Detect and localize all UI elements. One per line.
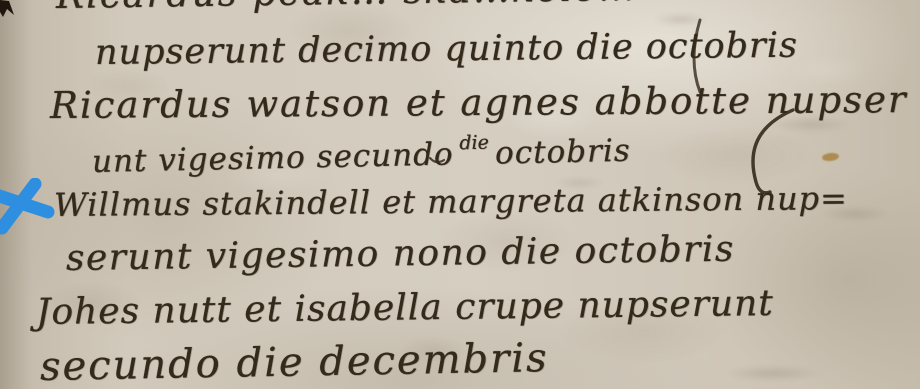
manuscript-photo: Ricardus peak… ska…kele… nupserunt decim…: [0, 0, 920, 389]
ink-blot-top-left: [0, 0, 30, 26]
line-4-interlinear-insertion: die: [459, 132, 489, 155]
manuscript-line-5: Willmus stakindell et margreta atkinson …: [54, 179, 848, 224]
amber-fleck: [822, 152, 840, 162]
manuscript-line-7: Johes nutt et isabella crupe nupserunt: [36, 283, 774, 333]
manuscript-line-4: unt vigesimo secundodieoctobris: [92, 129, 632, 180]
manuscript-line-2: nupserunt decimo quinto die octobris: [95, 26, 798, 73]
manuscript-line-8: secundo die decembris: [40, 335, 549, 389]
line-4-text-before: unt vigesimo secundo: [92, 136, 454, 180]
manuscript-line-1: Ricardus peak… ska…kele…: [56, 0, 637, 17]
manuscript-line-6: serunt vigesimo nono die octobris: [66, 229, 735, 279]
line-4-text-after: octobris: [495, 133, 631, 172]
manuscript-line-3: Ricardus watson et agnes abbotte nupser: [50, 78, 908, 127]
blue-x-mark: [0, 178, 58, 238]
